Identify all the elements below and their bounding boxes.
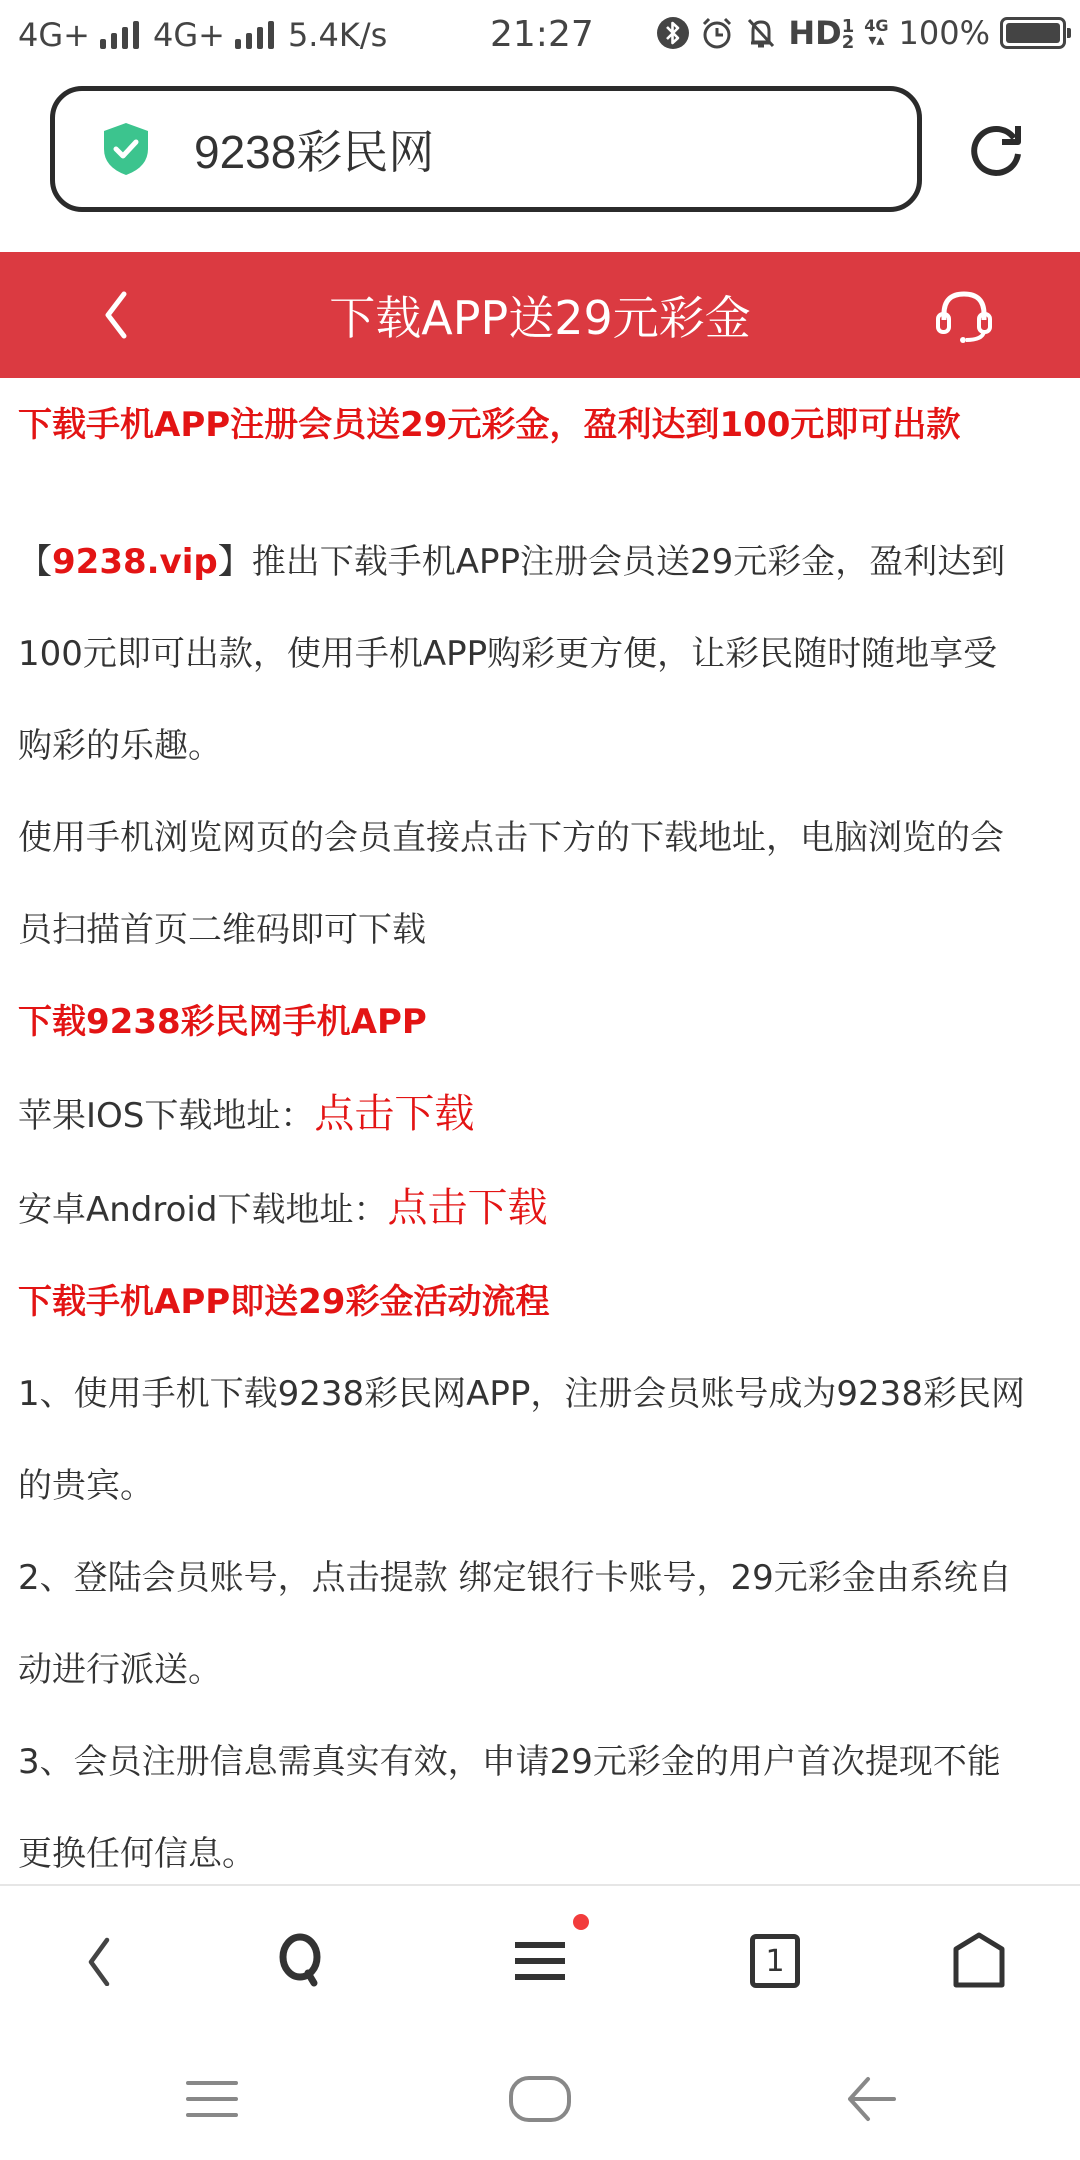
ios-download-link[interactable]: 点击下载 <box>314 1091 474 1137</box>
search-icon <box>274 1933 330 1989</box>
back-button[interactable] <box>64 1926 134 1996</box>
step1-line1: 1、使用手机下载9238彩民网APP，注册会员账号成为9238彩民网 <box>18 1348 1062 1440</box>
hd-sub: 2 <box>842 35 855 51</box>
process-heading: 下载手机APP即送29彩金活动流程 <box>18 1256 1062 1348</box>
article-headline: 下载手机APP注册会员送29元彩金，盈利达到100元即可出款 <box>18 378 1062 472</box>
browser-toolbar: 1 <box>0 1884 1080 2034</box>
android-label: 安卓Android下载地址： <box>18 1190 387 1230</box>
ios-label: 苹果IOS下载地址： <box>18 1096 314 1136</box>
url-text[interactable]: 9238彩民网 <box>194 116 434 182</box>
home-nav-button[interactable] <box>508 2072 572 2126</box>
system-nav-bar <box>0 2034 1080 2160</box>
headset-icon[interactable] <box>934 288 994 344</box>
status-left: 4G+ 4G+ 5.4K/s <box>18 16 387 54</box>
back-icon <box>79 1936 119 1986</box>
step3-line1: 3、会员注册信息需真实有效，申请29元彩金的用户首次提现不能 <box>18 1716 1062 1808</box>
home-button[interactable] <box>944 1926 1014 1996</box>
status-bar: 4G+ 4G+ 5.4K/s 21:27 HD12 4G▾▴ 100% <box>0 0 1080 74</box>
instruction-line1: 使用手机浏览网页的会员直接点击下方的下载地址，电脑浏览的会 <box>18 792 1062 884</box>
home-icon <box>951 1931 1007 1991</box>
menu-icon <box>512 1936 568 1986</box>
back-arrow-icon <box>842 2075 898 2123</box>
status-right: HD12 4G▾▴ 100% <box>656 14 1066 52</box>
clock: 21:27 <box>490 14 594 55</box>
reload-icon[interactable] <box>968 118 1024 180</box>
site-link[interactable]: 9238.vip <box>52 542 218 582</box>
page-header: 下载APP送29元彩金 <box>0 252 1080 378</box>
step2-line1: 2、登陆会员账号，点击提款 绑定银行卡账号，29元彩金由系统自 <box>18 1532 1062 1624</box>
hd-icon: HD12 <box>788 14 854 52</box>
menu-button[interactable] <box>505 1926 575 1996</box>
sim2-label: 4G+ <box>153 16 225 54</box>
instruction-line2: 员扫描首页二维码即可下载 <box>18 884 1062 976</box>
step1-line2: 的贵宾。 <box>18 1440 1062 1532</box>
article: 下载手机APP注册会员送29元彩金，盈利达到100元即可出款 【9238.vip… <box>0 378 1080 1900</box>
address-bar[interactable]: 9238彩民网 <box>50 86 922 212</box>
download-heading: 下载9238彩民网手机APP <box>18 976 1062 1068</box>
tabs-icon: 1 <box>750 1934 800 1988</box>
intro-paragraph-line3: 购彩的乐趣。 <box>18 700 1062 792</box>
search-button[interactable] <box>267 1926 337 1996</box>
net-speed: 5.4K/s <box>288 16 387 54</box>
home-pill-icon <box>508 2075 572 2123</box>
page-title: 下载APP送29元彩金 <box>329 282 750 348</box>
battery-icon <box>1000 17 1066 49</box>
hd-label: HD <box>788 14 841 52</box>
bracket-close: 】 <box>218 542 252 582</box>
intro-paragraph-line1: 【9238.vip】推出下载手机APP注册会员送29元彩金，盈利达到 <box>18 516 1062 608</box>
4g-data-icon: 4G▾▴ <box>864 19 888 47</box>
back-nav-button[interactable] <box>838 2072 902 2126</box>
android-download-row: 安卓Android下载地址：点击下载 <box>18 1162 1062 1256</box>
tabs-button[interactable]: 1 <box>740 1926 810 1996</box>
android-download-link[interactable]: 点击下载 <box>387 1185 547 1231</box>
intro-text: 推出下载手机APP注册会员送29元彩金，盈利达到 <box>252 542 1006 582</box>
alarm-icon <box>700 16 734 50</box>
bluetooth-icon <box>656 16 690 50</box>
signal-icon <box>100 21 139 49</box>
step2-line2: 动进行派送。 <box>18 1624 1062 1716</box>
recents-button[interactable] <box>180 2072 244 2126</box>
shield-check-icon <box>100 121 152 177</box>
chevron-left-icon[interactable] <box>100 290 130 340</box>
battery-percent: 100% <box>899 14 990 52</box>
bracket-open: 【 <box>18 542 52 582</box>
signal-icon <box>235 21 274 49</box>
silent-bell-icon <box>744 16 778 50</box>
sim1-label: 4G+ <box>18 16 90 54</box>
tabs-count: 1 <box>765 1944 784 1979</box>
recents-icon <box>184 2079 240 2119</box>
notification-badge <box>573 1914 589 1930</box>
intro-paragraph-line2: 100元即可出款，使用手机APP购彩更方便，让彩民随时随地享受 <box>18 608 1062 700</box>
data-label: 4G <box>864 16 888 35</box>
ios-download-row: 苹果IOS下载地址：点击下载 <box>18 1068 1062 1162</box>
